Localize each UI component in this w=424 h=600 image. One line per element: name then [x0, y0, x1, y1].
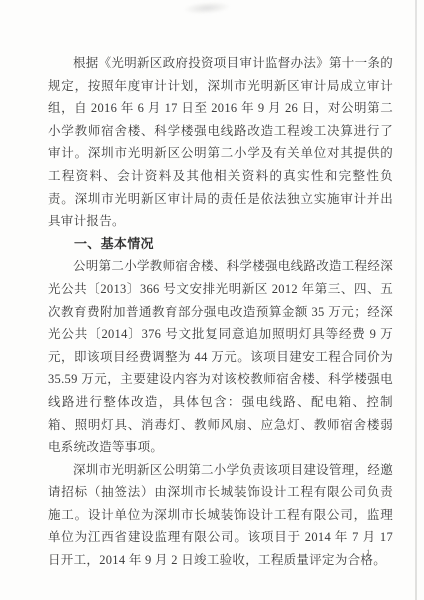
- paragraph-project-parties: 深圳市光明新区公明第二小学负责该项目建设管理，经邀请招标（抽签法）由深圳市长城装…: [48, 459, 393, 572]
- paragraph-project-overview: 公明第二小学教师宿舍楼、科学楼强电线路改造工程经深光公共〔2013〕366 号文…: [48, 255, 393, 458]
- document-page: 根据《光明新区政府投资项目审计监督办法》第十一条的规定，按照年度审计计划，深圳市…: [0, 0, 424, 600]
- document-body: 根据《光明新区政府投资项目审计监督办法》第十一条的规定，按照年度审计计划，深圳市…: [48, 52, 393, 572]
- scan-smudge-artifact: [183, 0, 232, 15]
- paragraph-audit-basis: 根据《光明新区政府投资项目审计监督办法》第十一条的规定，按照年度审计计划，深圳市…: [48, 52, 393, 233]
- page-number: 1: [366, 548, 371, 558]
- section-heading-basic-info: 一、基本情况: [48, 233, 393, 256]
- scan-edge-artifact: [415, 0, 417, 600]
